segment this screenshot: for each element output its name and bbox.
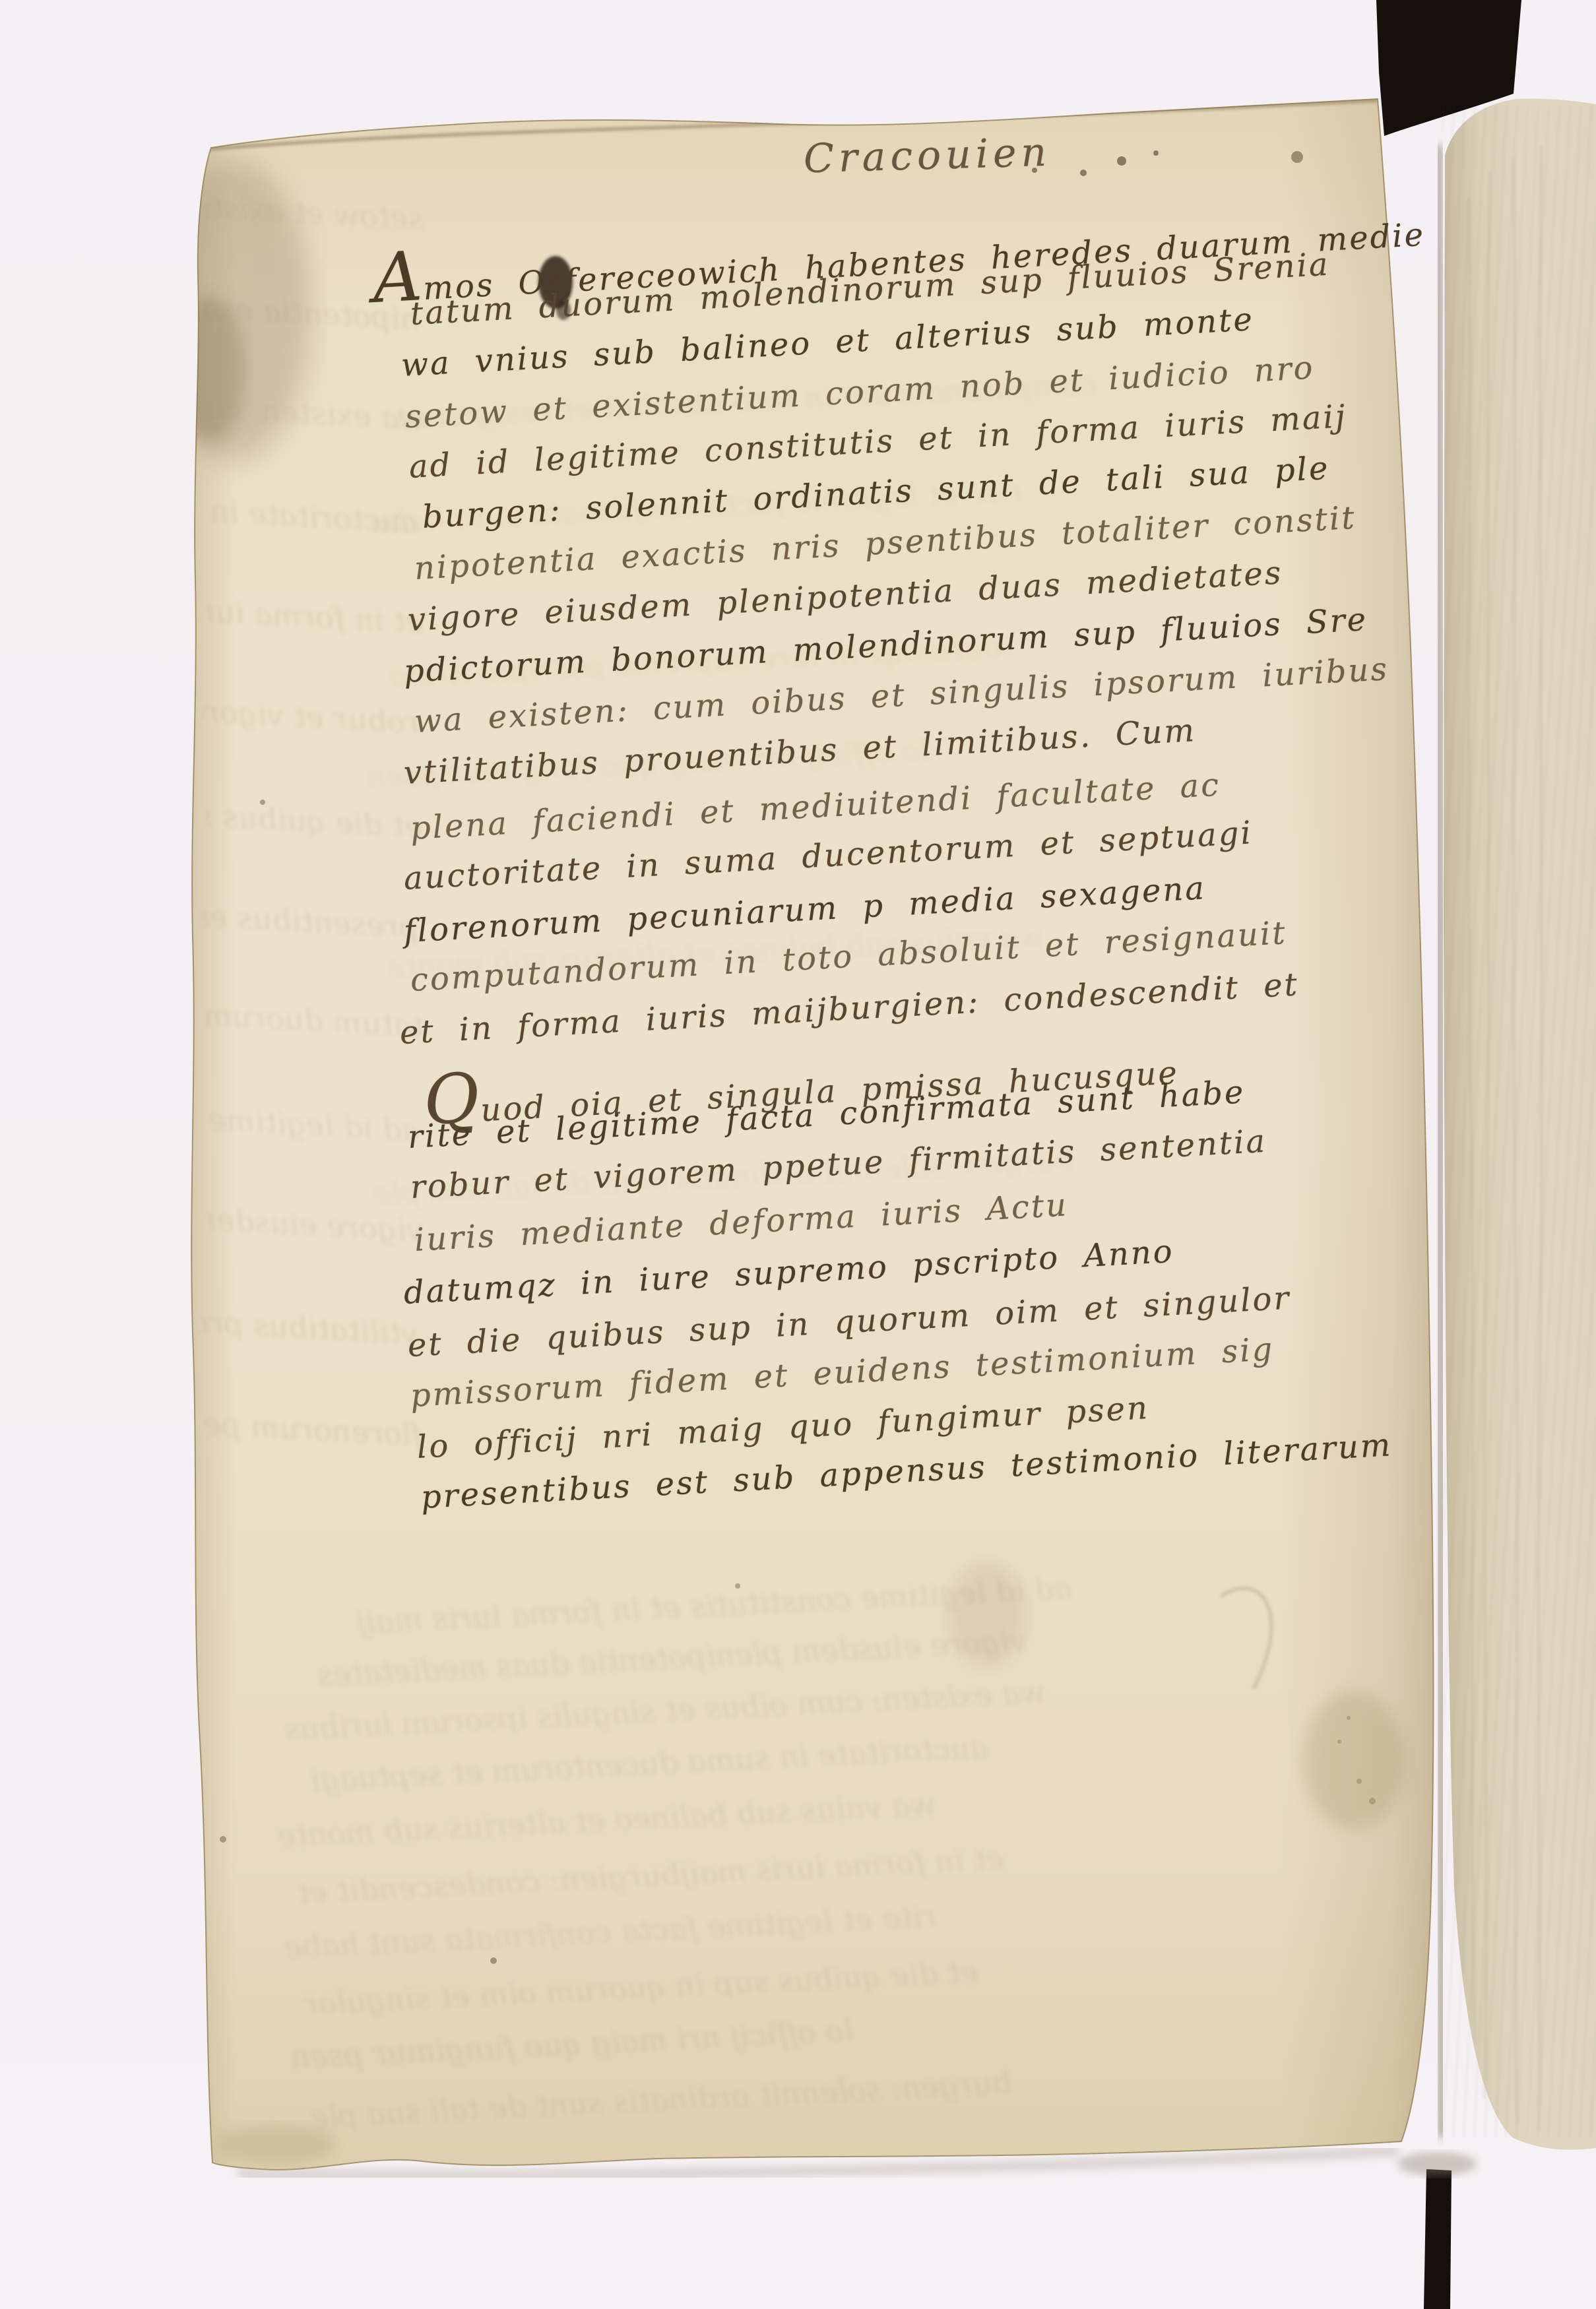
ribbon-bottom: [1424, 2169, 1452, 2309]
brown-stain: [1302, 1691, 1405, 1829]
bottom-gutter-shadow: [1397, 2152, 1477, 2176]
page-heading: Cracouien: [803, 133, 1052, 179]
next-page-edge: [1438, 98, 1596, 2149]
gutter-shadow: [1438, 145, 1442, 2137]
manuscript-scan: Cracouien Amos Osfereceowich habentes he…: [0, 0, 1596, 2309]
